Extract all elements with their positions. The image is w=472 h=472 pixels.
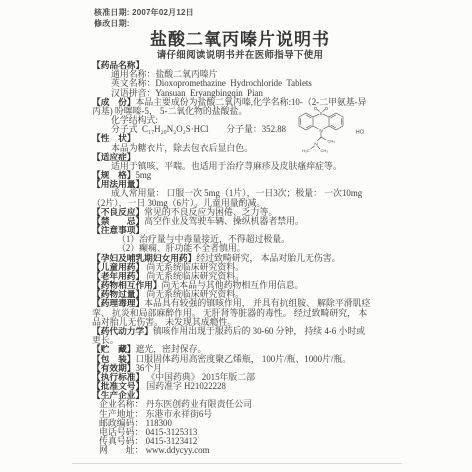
line-text: 镇咳作用出现于服药后的 30-60 分钟， 持续 4-6 小时或 xyxy=(153,326,365,336)
document-page: 核准日期: 2007年02月12日 修改日期: 盐酸二氧丙嗪片说明书 请仔细阅读… xyxy=(0,0,472,472)
group-ch3-amine: CH₃ xyxy=(321,148,329,153)
atom-o-right: O xyxy=(325,106,329,111)
line-text: 口服固体药用高密度聚乙烯瓶， 100片/瓶、1000片/瓶。 xyxy=(135,354,351,364)
line-website: 网 址： www.ddycyy.com xyxy=(92,446,400,455)
line-pharmacokinetics-1: 【药代动力学】镇咳作用出现于服药后的 30-60 分钟， 持续 4-6 小时或 xyxy=(92,327,400,336)
atom-n-amine: N xyxy=(314,142,317,147)
group-h3c: H₃C xyxy=(302,148,310,153)
page-bottom-rule xyxy=(72,463,402,464)
line-text: 网 址： www.ddycyy.com xyxy=(99,445,210,455)
line-text: 高空作业及驾驶车辆、操纵机器者禁用。 xyxy=(144,216,304,226)
line-text: 国药准字 H21022228 xyxy=(144,381,226,391)
chemical-structure-diagram: O O S N CH₃ N H₃C CH₃ HCl xyxy=(296,106,380,156)
line-text: 分子式 C₁₇H₂₀N₂O₂S·HCl 分子量：352.88 xyxy=(111,124,286,134)
page-subtitle: 请仔细阅读说明书并在医师指导下使用 xyxy=(88,47,392,61)
approval-date: 核准日期: 2007年02月12日 xyxy=(94,7,194,18)
hcl-label: HCl xyxy=(356,130,364,136)
atom-o-left: O xyxy=(314,106,318,111)
group-ch3-branch: CH₃ xyxy=(328,139,336,144)
atom-s: S xyxy=(319,111,322,116)
atom-n-ring: N xyxy=(319,128,322,133)
